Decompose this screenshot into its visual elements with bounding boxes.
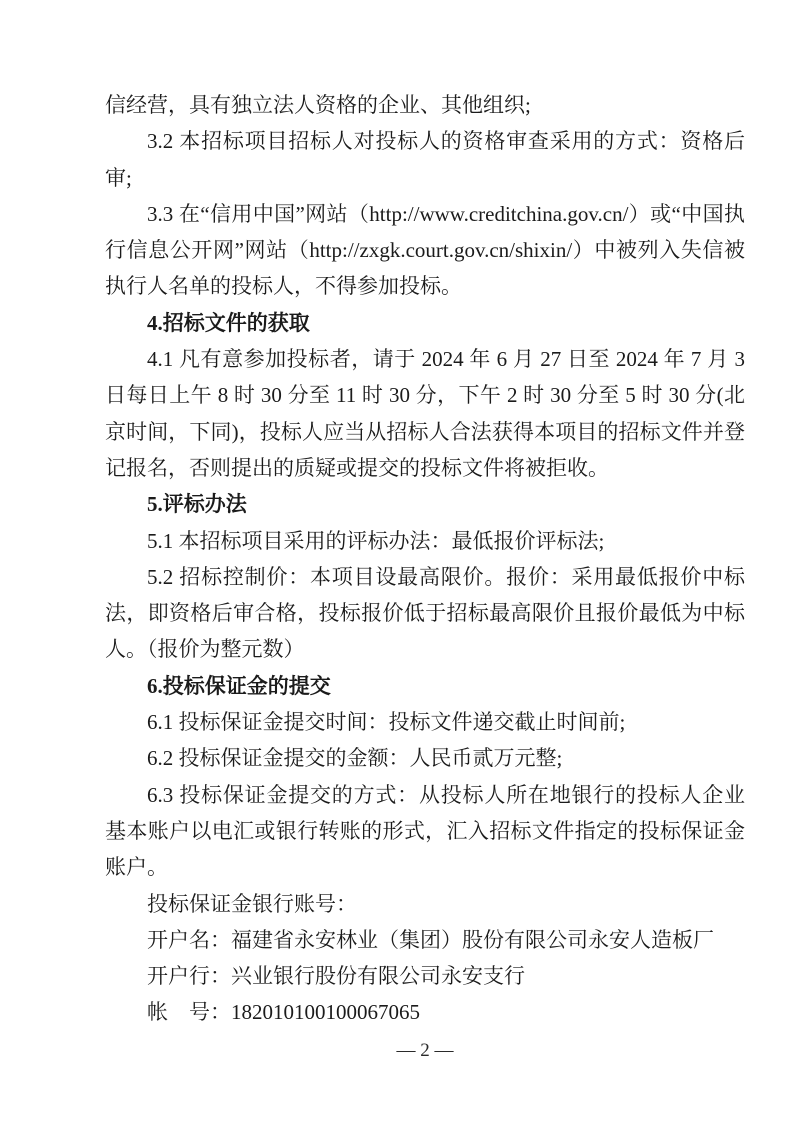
clause-4-1: 4.1 凡有意参加投标者，请于 2024 年 6 月 27 日至 2024 年 … bbox=[105, 341, 745, 486]
section-6-heading: 6.投标保证金的提交 bbox=[105, 668, 745, 704]
continuation-paragraph: 信经营，具有独立法人资格的企业、其他组织; bbox=[105, 87, 745, 123]
account-name-line: 开户名：福建省永安林业（集团）股份有限公司永安人造板厂 bbox=[105, 922, 745, 958]
page-number: — 2 — bbox=[105, 1038, 745, 1064]
clause-3-2: 3.2 本招标项目招标人对投标人的资格审查采用的方式：资格后审; bbox=[105, 123, 745, 196]
account-number-line: 帐 号：182010100100067065 bbox=[105, 994, 745, 1030]
document-body: 信经营，具有独立法人资格的企业、其他组织; 3.2 本招标项目招标人对投标人的资… bbox=[105, 87, 745, 1031]
clause-6-3: 6.3 投标保证金提交的方式：从投标人所在地银行的投标人企业基本账户以电汇或银行… bbox=[105, 777, 745, 886]
bank-account-intro: 投标保证金银行账号： bbox=[105, 886, 745, 922]
clause-6-1: 6.1 投标保证金提交时间：投标文件递交截止时间前; bbox=[105, 704, 745, 740]
clause-6-2: 6.2 投标保证金提交的金额：人民币贰万元整; bbox=[105, 740, 745, 776]
clause-5-2: 5.2 招标控制价：本项目设最高限价。报价：采用最低报价中标法，即资格后审合格，… bbox=[105, 559, 745, 668]
clause-3-3: 3.3 在“信用中国”网站（http://www.creditchina.gov… bbox=[105, 196, 745, 305]
bank-branch-line: 开户行：兴业银行股份有限公司永安支行 bbox=[105, 958, 745, 994]
document-page: 信经营，具有独立法人资格的企业、其他组织; 3.2 本招标项目招标人对投标人的资… bbox=[0, 0, 794, 1123]
section-4-heading: 4.招标文件的获取 bbox=[105, 305, 745, 341]
section-5-heading: 5.评标办法 bbox=[105, 486, 745, 522]
clause-5-1: 5.1 本招标项目采用的评标办法：最低报价评标法; bbox=[105, 523, 745, 559]
